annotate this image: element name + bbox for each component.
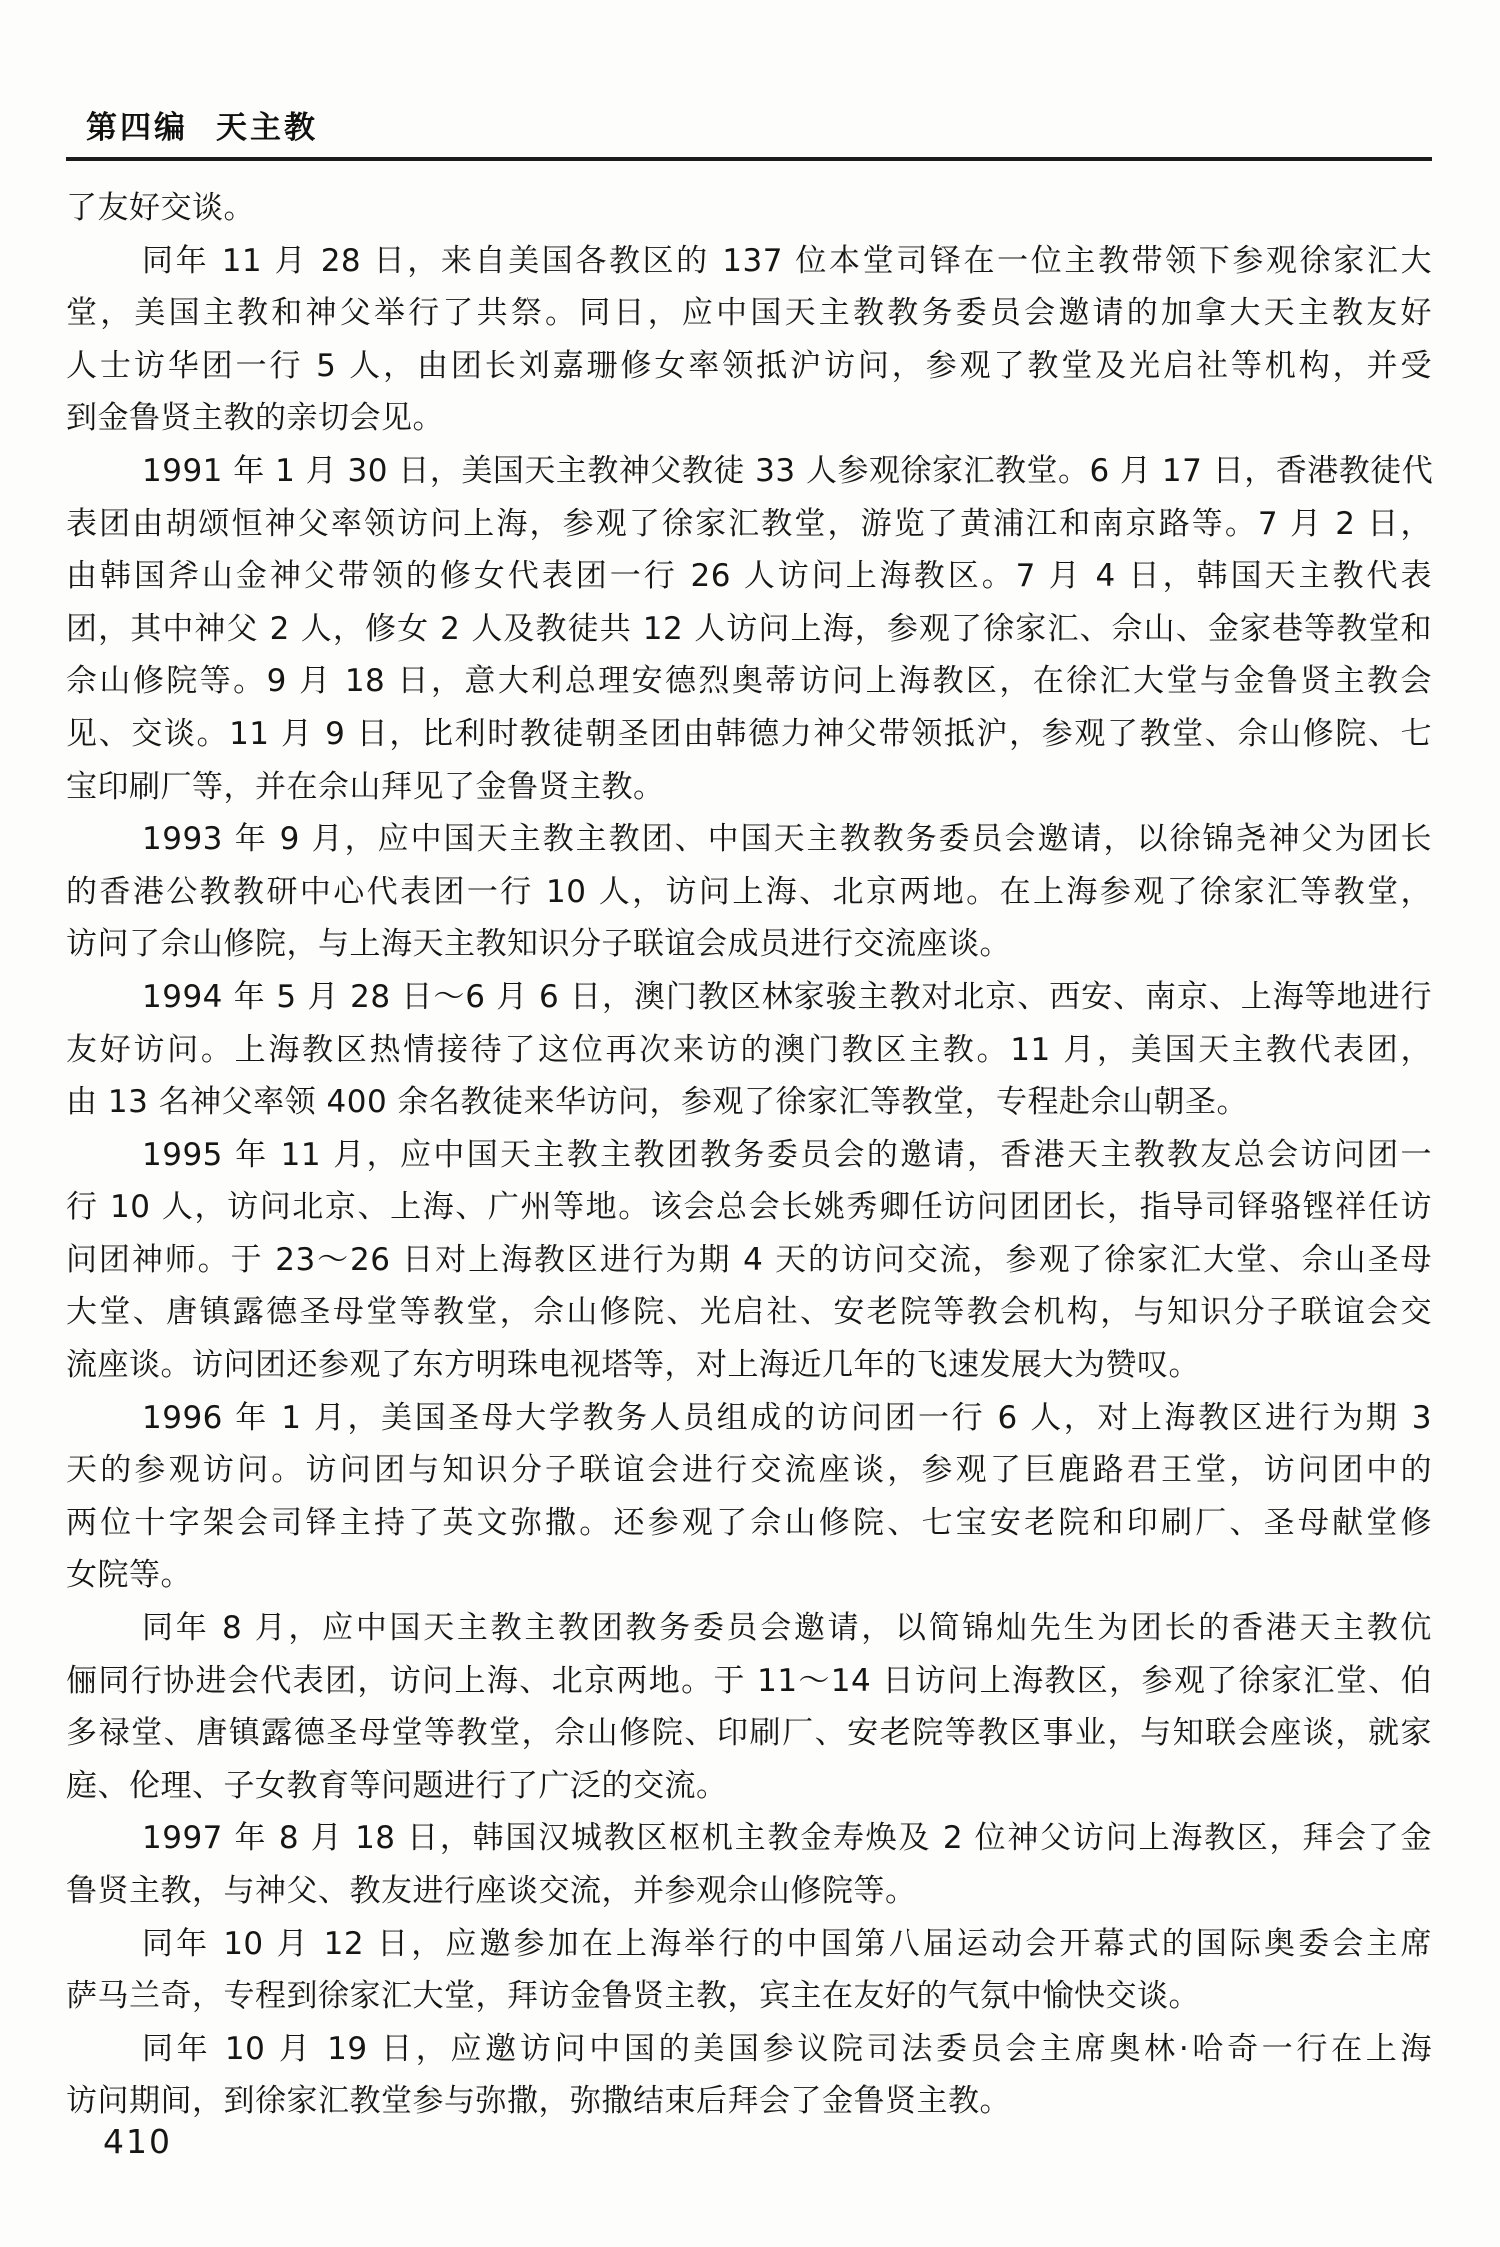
paragraph: 1996 年 1 月，美国圣母大学教务人员组成的访问团一行 6 人，对上海教区进…: [66, 1392, 1432, 1602]
text-line: 佘山修院等。9 月 18 日，意大利总理安德烈奥蒂访问上海教区，在徐汇大堂与金鲁…: [66, 655, 1432, 708]
text-line: 由 13 名神父率领 400 余名教徒来华访问，参观了徐家汇等教堂，专程赴佘山朝…: [66, 1076, 1432, 1129]
text-line: 见、交谈。11 月 9 日，比利时教徒朝圣团由韩德力神父带领抵沪，参观了教堂、佘…: [66, 708, 1432, 761]
text-line: 同年 8 月，应中国天主教主教团教务委员会邀请，以简锦灿先生为团长的香港天主教伉: [66, 1602, 1432, 1655]
paragraph: 了友好交谈。: [66, 182, 1432, 235]
text-line: 1996 年 1 月，美国圣母大学教务人员组成的访问团一行 6 人，对上海教区进…: [66, 1392, 1432, 1445]
paragraph: 同年 10 月 19 日，应邀访问中国的美国参议院司法委员会主席奥林·哈奇一行在…: [66, 2023, 1432, 2128]
text-line: 问团神师。于 23～26 日对上海教区进行为期 4 天的访问交流，参观了徐家汇大…: [66, 1234, 1432, 1287]
page-number: 410: [103, 2122, 172, 2161]
text-line: 流座谈。访问团还参观了东方明珠电视塔等，对上海近几年的飞速发展大为赞叹。: [66, 1339, 1432, 1392]
text-line: 由韩国斧山金神父带领的修女代表团一行 26 人访问上海教区。7 月 4 日，韩国…: [66, 550, 1432, 603]
text-line: 同年 11 月 28 日，来自美国各教区的 137 位本堂司铎在一位主教带领下参…: [66, 235, 1432, 288]
paragraph: 1995 年 11 月，应中国天主教主教团教务委员会的邀请，香港天主教教友总会访…: [66, 1129, 1432, 1392]
text-line: 同年 10 月 19 日，应邀访问中国的美国参议院司法委员会主席奥林·哈奇一行在…: [66, 2023, 1432, 2076]
paragraph: 同年 8 月，应中国天主教主教团教务委员会邀请，以简锦灿先生为团长的香港天主教伉…: [66, 1602, 1432, 1812]
text-line: 了友好交谈。: [66, 182, 1432, 235]
paragraph: 1997 年 8 月 18 日，韩国汉城教区枢机主教金寿焕及 2 位神父访问上海…: [66, 1812, 1432, 1917]
text-line: 庭、伦理、子女教育等问题进行了广泛的交流。: [66, 1760, 1432, 1813]
text-line: 友好访问。上海教区热情接待了这位再次来访的澳门教区主教。11 月，美国天主教代表…: [66, 1024, 1432, 1077]
text-line: 两位十字架会司铎主持了英文弥撒。还参观了佘山修院、七宝安老院和印刷厂、圣母献堂修: [66, 1497, 1432, 1550]
paragraph: 同年 11 月 28 日，来自美国各教区的 137 位本堂司铎在一位主教带领下参…: [66, 235, 1432, 445]
text-line: 大堂、唐镇露德圣母堂等教堂，佘山修院、光启社、安老院等教会机构，与知识分子联谊会…: [66, 1286, 1432, 1339]
text-line: 人士访华团一行 5 人，由团长刘嘉珊修女率领抵沪访问，参观了教堂及光启社等机构，…: [66, 340, 1432, 393]
text-line: 1997 年 8 月 18 日，韩国汉城教区枢机主教金寿焕及 2 位神父访问上海…: [66, 1812, 1432, 1865]
text-line: 女院等。: [66, 1549, 1432, 1602]
section-title: 天主教: [216, 102, 318, 147]
text-line: 同年 10 月 12 日，应邀参加在上海举行的中国第八届运动会开幕式的国际奥委会…: [66, 1918, 1432, 1971]
text-line: 1991 年 1 月 30 日，美国天主教神父教徒 33 人参观徐家汇教堂。6 …: [66, 445, 1432, 498]
paragraph: 1994 年 5 月 28 日～6 月 6 日，澳门教区林家骏主教对北京、西安、…: [66, 971, 1432, 1129]
text-line: 俪同行协进会代表团，访问上海、北京两地。于 11～14 日访问上海教区，参观了徐…: [66, 1655, 1432, 1708]
paragraph: 1993 年 9 月，应中国天主教主教团、中国天主教教务委员会邀请，以徐锦尧神父…: [66, 813, 1432, 971]
text-line: 行 10 人，访问北京、上海、广州等地。该会总会长姚秀卿任访问团团长，指导司铎骆…: [66, 1181, 1432, 1234]
text-line: 表团由胡颂恒神父率领访问上海，参观了徐家汇教堂，游览了黄浦江和南京路等。7 月 …: [66, 498, 1432, 551]
text-line: 多禄堂、唐镇露德圣母堂等教堂，佘山修院、印刷厂、安老院等教区事业，与知联会座谈，…: [66, 1707, 1432, 1760]
text-line: 的香港公教教研中心代表团一行 10 人，访问上海、北京两地。在上海参观了徐家汇等…: [66, 866, 1432, 919]
text-line: 宝印刷厂等，并在佘山拜见了金鲁贤主教。: [66, 761, 1432, 814]
header-divider: [66, 157, 1432, 161]
running-header: 第四编 天主教: [86, 102, 318, 147]
text-line: 萨马兰奇，专程到徐家汇大堂，拜访金鲁贤主教，宾主在友好的气氛中愉快交谈。: [66, 1970, 1432, 2023]
text-line: 1994 年 5 月 28 日～6 月 6 日，澳门教区林家骏主教对北京、西安、…: [66, 971, 1432, 1024]
text-line: 天的参观访问。访问团与知识分子联谊会进行交流座谈，参观了巨鹿路君王堂，访问团中的: [66, 1444, 1432, 1497]
text-line: 堂，美国主教和神父举行了共祭。同日，应中国天主教教务委员会邀请的加拿大天主教友好: [66, 287, 1432, 340]
paragraph: 同年 10 月 12 日，应邀参加在上海举行的中国第八届运动会开幕式的国际奥委会…: [66, 1918, 1432, 2023]
text-line: 1995 年 11 月，应中国天主教主教团教务委员会的邀请，香港天主教教友总会访…: [66, 1129, 1432, 1182]
text-line: 1993 年 9 月，应中国天主教主教团、中国天主教教务委员会邀请，以徐锦尧神父…: [66, 813, 1432, 866]
text-line: 访问了佘山修院，与上海天主教知识分子联谊会成员进行交流座谈。: [66, 918, 1432, 971]
text-line: 团，其中神父 2 人，修女 2 人及教徒共 12 人访问上海，参观了徐家汇、佘山…: [66, 603, 1432, 656]
paragraph: 1991 年 1 月 30 日，美国天主教神父教徒 33 人参观徐家汇教堂。6 …: [66, 445, 1432, 813]
document-body: 了友好交谈。同年 11 月 28 日，来自美国各教区的 137 位本堂司铎在一位…: [66, 182, 1432, 2128]
text-line: 鲁贤主教，与神父、教友进行座谈交流，并参观佘山修院等。: [66, 1865, 1432, 1918]
section-label: 第四编: [86, 102, 188, 147]
scanned-book-page: 第四编 天主教 了友好交谈。同年 11 月 28 日，来自美国各教区的 137 …: [0, 0, 1500, 2247]
text-line: 到金鲁贤主教的亲切会见。: [66, 392, 1432, 445]
text-line: 访问期间，到徐家汇教堂参与弥撒，弥撒结束后拜会了金鲁贤主教。: [66, 2075, 1432, 2128]
